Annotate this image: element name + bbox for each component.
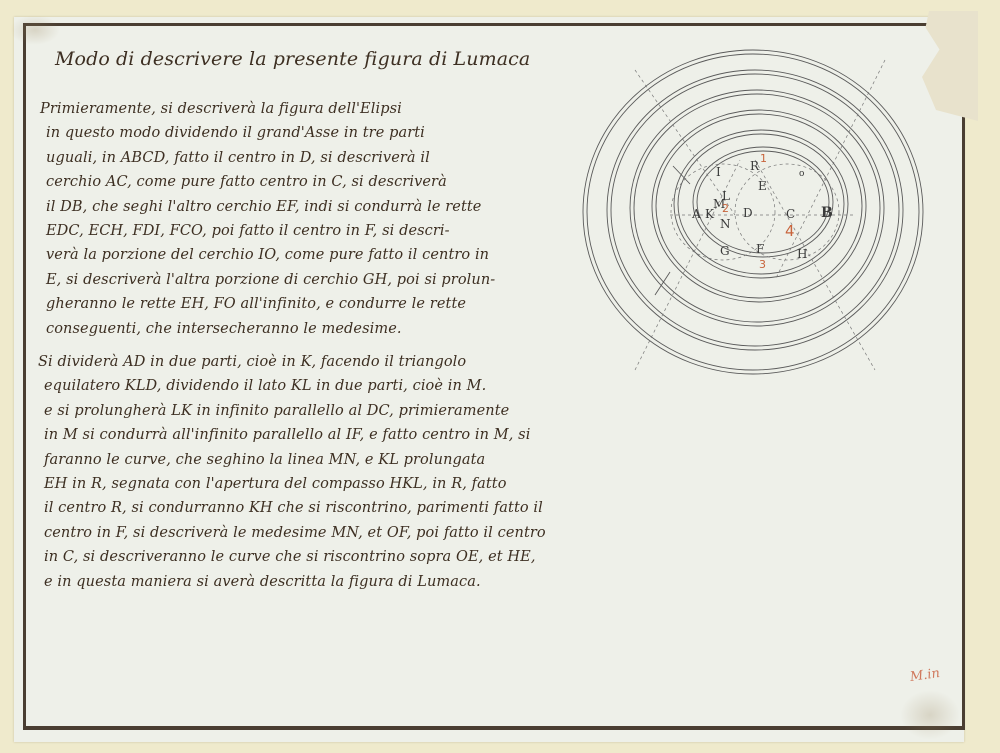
text-line: in questo modo dividendo il grand'Asse i… (40, 121, 495, 145)
label-G: G (720, 244, 730, 258)
label-L: L (722, 189, 730, 203)
label-C: C (786, 207, 795, 221)
paragraph-1: Primieramente, si descriverà la figura d… (40, 97, 495, 341)
label-D: D (743, 206, 753, 220)
text-line: cerchio AC, come pure fatto centro in C,… (40, 170, 495, 194)
label-F: F (756, 242, 764, 256)
document-title: Modo di descrivere la presente figura di… (55, 46, 530, 72)
label-A: A (691, 207, 701, 221)
text-line: Si dividerà AD in due parti, cioè in K, … (38, 350, 546, 374)
label-N: N (720, 217, 731, 231)
text-line: uguali, in ABCD, fatto il centro in D, s… (40, 146, 495, 170)
text-line: centro in F, si descriverà le medesime M… (38, 521, 546, 545)
text-line: e in questa maniera si averà descritta l… (38, 570, 546, 594)
text-line: conseguenti, che intersecheranno le mede… (40, 317, 495, 341)
spiral-volute-diagram: A K M L I N D R E o C B G F H 1 2 3 4 (575, 40, 955, 380)
spiral-strands (583, 50, 923, 374)
text-line: in M si condurrà all'infinito parallello… (38, 423, 546, 447)
text-line: verà la porzione del cerchio IO, come pu… (40, 243, 495, 267)
text-line: E, si descriverà l'altra porzione di cer… (40, 268, 495, 292)
text-line: equilatero KLD, dividendo il lato KL in … (38, 374, 546, 398)
label-O: o (799, 169, 804, 179)
text-line: in C, si descriveranno le curve che si r… (38, 545, 546, 569)
label-B: B (821, 205, 833, 221)
label-E: E (758, 179, 767, 193)
text-line: e si prolungherà LK in infinito parallel… (38, 399, 546, 423)
text-line: EDC, ECH, FDI, FCO, poi fatto il centro … (40, 219, 495, 243)
text-line: il DB, che seghi l'altro cerchio EF, ind… (40, 195, 495, 219)
red-mark: 3 (759, 258, 766, 271)
red-mark: 1 (760, 152, 767, 165)
label-R: R (750, 159, 760, 173)
text-line: Primieramente, si descriverà la figura d… (40, 97, 495, 121)
red-mark: 2 (722, 202, 729, 215)
text-line: faranno le curve, che seghino la linea M… (38, 448, 546, 472)
red-mark: 4 (785, 222, 795, 240)
label-H: H (797, 247, 807, 261)
label-I: I (716, 165, 721, 179)
paragraph-2: Si dividerà AD in due parti, cioè in K, … (38, 350, 546, 594)
text-line: EH in R, segnata con l'apertura del comp… (38, 472, 546, 496)
text-line: gheranno le rette EH, FO all'infinito, e… (40, 292, 495, 316)
text-line: il centro R, si condurranno KH che si ri… (38, 496, 546, 520)
diagram-labels: A K M L I N D R E o C B G F H (691, 159, 833, 261)
